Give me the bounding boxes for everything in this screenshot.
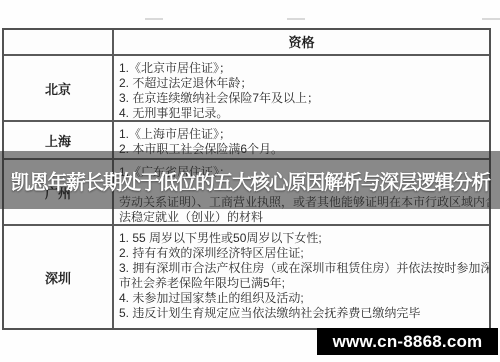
- row-label-shenzhen: 深圳: [4, 226, 114, 328]
- requirement-line: 2. 持有有效的深圳经济特区居住证;: [119, 246, 485, 261]
- gridline-remnant: [482, 18, 500, 20]
- header-qualification-cell: 资格: [114, 30, 489, 54]
- table-header-row: 资格: [4, 30, 489, 54]
- gridline-remnant: [145, 18, 163, 20]
- requirement-line: 2. 不超过法定退休年龄；: [119, 76, 485, 91]
- requirement-line: 3. 拥有深圳市合法产权住房（或在深圳市租赁住房）并依法按时参加深圳: [119, 261, 485, 276]
- requirement-line: 4. 未参加过国家禁止的组织及活动;: [119, 291, 485, 306]
- headline-overlay-band: 凯恩年薪长期处于低位的五大核心原因解析与深层逻辑分析: [0, 151, 500, 209]
- requirement-line: 3. 在京连续缴纳社会保险7年及以上；: [119, 91, 485, 106]
- header-empty-cell: [4, 30, 114, 54]
- row-label-beijing: 北京: [4, 56, 114, 120]
- page-background: 资格 北京 1.《北京市居住证》； 2. 不超过法定退休年龄； 3. 在京连续缴…: [0, 0, 500, 362]
- requirement-line: 5. 违反计划生育规定应当依法缴纳社会抚养费已缴纳完毕: [119, 306, 485, 321]
- table-row-shenzhen: 深圳 1. 55 周岁以下男性或50周岁以下女性; 2. 持有有效的深圳经济特区…: [4, 224, 489, 328]
- row-content-beijing: 1.《北京市居住证》； 2. 不超过法定退休年龄； 3. 在京连续缴纳社会保险7…: [114, 56, 489, 120]
- row-content-shenzhen: 1. 55 周岁以下男性或50周岁以下女性; 2. 持有有效的深圳经济特区居住证…: [114, 226, 489, 328]
- gridline-remnant: [287, 18, 305, 20]
- requirement-line: 1.《北京市居住证》；: [119, 61, 485, 76]
- watermark-box: www.cn-8868.com: [317, 328, 498, 355]
- table-row-beijing: 北京 1.《北京市居住证》； 2. 不超过法定退休年龄； 3. 在京连续缴纳社会…: [4, 54, 489, 120]
- watermark-url-text: www.cn-8868.com: [333, 332, 483, 352]
- requirement-line: 4. 无刑事犯罪记录。: [119, 106, 485, 120]
- requirement-line: 法稳定就业（创业）的材料: [119, 210, 485, 224]
- headline-title: 凯恩年薪长期处于低位的五大核心原因解析与深层逻辑分析: [10, 166, 489, 195]
- requirement-line: 市社会养老保险年限均已满5年;: [119, 276, 485, 291]
- requirement-line: 1. 55 周岁以下男性或50周岁以下女性;: [119, 231, 485, 246]
- requirement-line: 1.《上海市居住证》；: [119, 127, 485, 142]
